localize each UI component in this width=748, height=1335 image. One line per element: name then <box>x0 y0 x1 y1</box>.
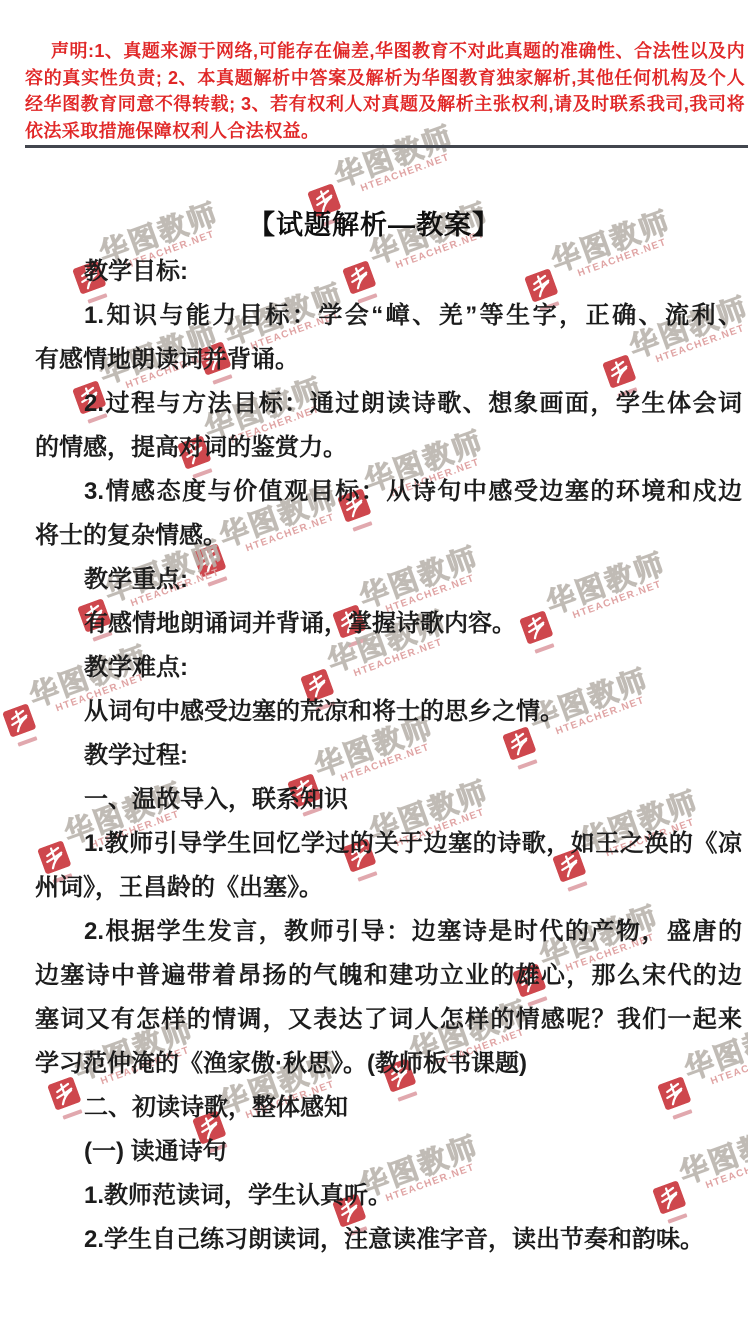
disclaimer-line: 容的真实性负责; 2、本真题解析中答案及解析为华图教育独家解析,其他任何机构及个… <box>25 65 745 92</box>
body-line: 1.教师范读词，学生认真听。 <box>35 1174 742 1218</box>
body-line: 有感情地朗读词并背诵。 <box>35 338 742 382</box>
content-layer: 声明:1、真题来源于网络,可能存在偏差,华图教育不对此真题的准确性、合法性以及内… <box>0 0 748 1335</box>
heading-line: 一、温故导入，联系知识 <box>35 778 742 822</box>
body-line: 学习范仲淹的《渔家傲·秋思》。(教师板书课题) <box>35 1042 742 1086</box>
body-line: 将士的复杂情感。 <box>35 514 742 558</box>
body-line: 有感情地朗诵词并背诵，掌握诗歌内容。 <box>35 602 742 646</box>
disclaimer-line: 依法采取措施保障权利人合法权益。 <box>25 118 745 145</box>
disclaimer: 声明:1、真题来源于网络,可能存在偏差,华图教育不对此真题的准确性、合法性以及内… <box>25 38 745 144</box>
body-line: (一) 读通诗句 <box>35 1130 742 1174</box>
disclaimer-text: 1、真题来源于网络,可能存在偏差,华图教育不对此真题的准确性、合法性以及内 <box>94 41 745 61</box>
body-line: 2.过程与方法目标：通过朗读诗歌、想象画面，学生体会词 <box>35 382 742 426</box>
page-title: 【试题解析—教案】 <box>0 203 748 243</box>
heading-line: 教学难点: <box>35 646 742 690</box>
heading-line: 教学过程: <box>35 734 742 778</box>
disclaimer-line: 声明:1、真题来源于网络,可能存在偏差,华图教育不对此真题的准确性、合法性以及内 <box>25 38 745 65</box>
body-line: 塞词又有怎样的情调，又表达了词人怎样的情感呢？我们一起来 <box>35 998 742 1042</box>
heading-line: 教学目标: <box>35 250 742 294</box>
body-line: 3.情感态度与价值观目标：从诗句中感受边塞的环境和戍边 <box>35 470 742 514</box>
lesson-plan-body: 教学目标:1.知识与能力目标：学会“嶂、羌”等生字，正确、流利、有感情地朗读词并… <box>35 250 742 1262</box>
document-page: 华图教师 HTEACHER.NET 华图教师 HTEACHER.NET <box>0 0 748 1335</box>
disclaimer-line: 经华图教育同意不得转载; 3、若有权利人对真题及解析主张权利,请及时联系我司,我… <box>25 91 745 118</box>
body-line: 1.教师引导学生回忆学过的关于边塞的诗歌，如王之涣的《凉 <box>35 822 742 866</box>
body-line: 的情感，提高对词的鉴赏力。 <box>35 426 742 470</box>
heading-line: 教学重点: <box>35 558 742 602</box>
body-line: 从词句中感受边塞的荒凉和将士的思乡之情。 <box>35 690 742 734</box>
body-line: 2.根据学生发言，教师引导：边塞诗是时代的产物，盛唐的 <box>35 910 742 954</box>
divider-line <box>25 145 748 148</box>
body-line: 州词》，王昌龄的《出塞》。 <box>35 866 742 910</box>
body-line: 边塞诗中普遍带着昂扬的气魄和建功立业的雄心，那么宋代的边 <box>35 954 742 998</box>
body-line: 2.学生自己练习朗读词，注意读准字音，读出节奏和韵味。 <box>35 1218 742 1262</box>
disclaimer-prefix: 声明: <box>51 41 94 61</box>
heading-line: 二、初读诗歌，整体感知 <box>35 1086 742 1130</box>
body-line: 1.知识与能力目标：学会“嶂、羌”等生字，正确、流利、 <box>35 294 742 338</box>
